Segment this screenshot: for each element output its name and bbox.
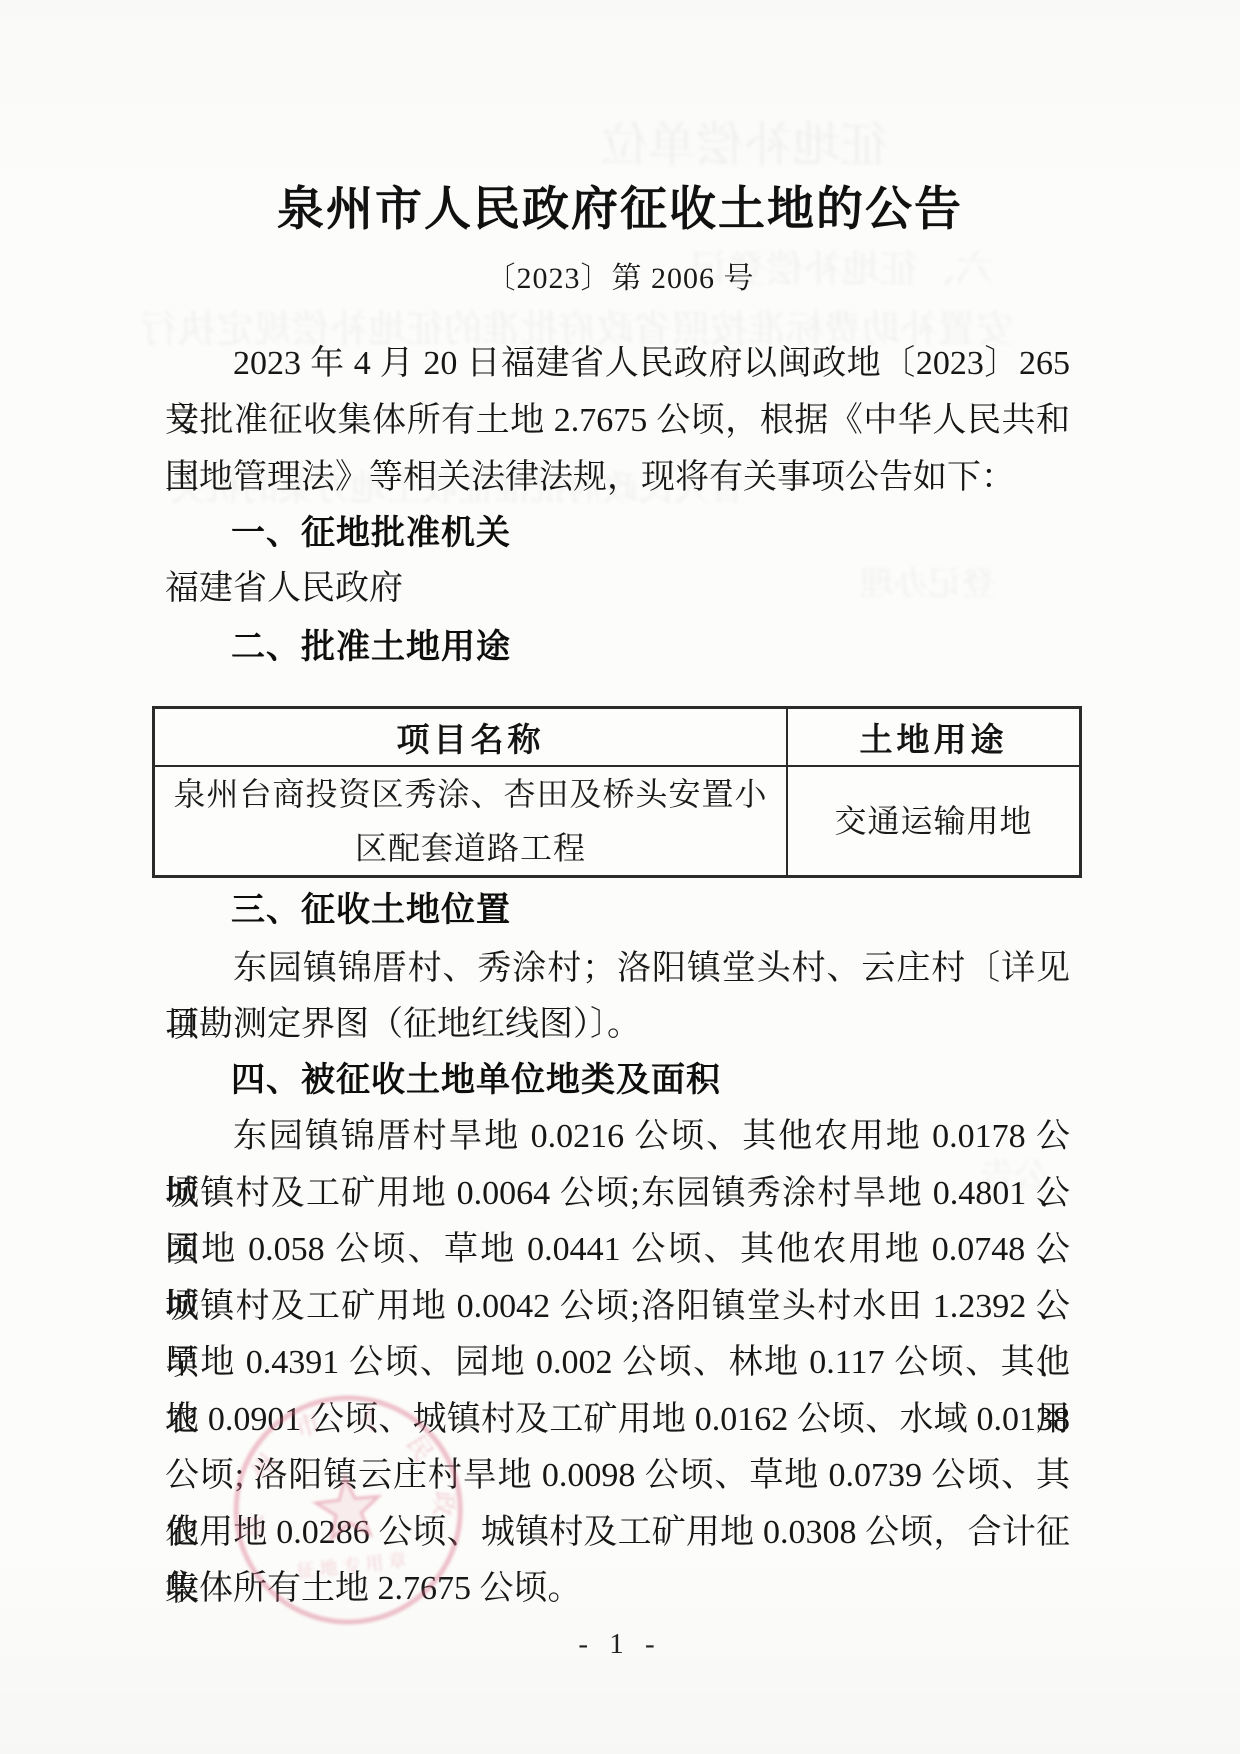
intro-line: 文批准征收集体所有土地 2.7675 公顷，根据《中华人民共和国 — [165, 392, 1070, 449]
land-area-line: 东园镇锦厝村旱地 0.0216 公顷、其他农用地 0.0178 公顷、 — [165, 1108, 1070, 1165]
land-use-table: 项目名称 土地用途 泉州台商投资区秀涂、杏田及桥头安置小 区配套道路工程 交通运… — [152, 706, 1082, 878]
document-number: 〔2023〕第 2006 号 — [0, 253, 1240, 297]
column-header-land-use: 土地用途 — [788, 709, 1079, 765]
land-area-line: 农用地 0.0286 公顷、城镇村及工矿用地 0.0308 公顷，合计征收 — [165, 1504, 1070, 1561]
land-area-line: 园地 0.058 公顷、草地 0.0441 公顷、其他农用地 0.0748 公顷… — [165, 1221, 1070, 1278]
land-area-line: 地 0.0901 公顷、城镇村及工矿用地 0.0162 公顷、水域 0.0138 — [165, 1391, 1070, 1448]
land-area-line: 旱地 0.4391 公顷、园地 0.002 公顷、林地 0.117 公顷、其他农… — [165, 1334, 1070, 1391]
approval-authority-text: 福建省人民政府 — [165, 560, 1070, 617]
location-line: 目勘测定界图（征地红线图）〕。 — [165, 996, 1070, 1053]
table-header-row: 项目名称 土地用途 — [155, 709, 1079, 767]
land-area-line: 公顷; 洛阳镇云庄村旱地 0.0098 公顷、草地 0.0739 公顷、其他 — [165, 1447, 1070, 1504]
section-heading-land-area: 四、被征收土地单位地类及面积 — [231, 1052, 721, 1109]
land-area-line: 城镇村及工矿用地 0.0042 公顷;洛阳镇堂头村水田 1.2392 公顷、 — [165, 1278, 1070, 1335]
section-heading-land-use: 二、批准土地用途 — [231, 619, 511, 676]
intro-line: 2023 年 4 月 20 日福建省人民政府以闽政地〔2023〕265 号 — [165, 335, 1070, 392]
intro-line: 土地管理法》等相关法律法规，现将有关事项公告如下： — [165, 449, 1070, 506]
land-area-line: 城镇村及工矿用地 0.0064 公顷;东园镇秀涂村旱地 0.4801 公顷、 — [165, 1165, 1070, 1222]
section-heading-approval-authority: 一、征地批准机关 — [231, 505, 511, 562]
scanned-announcement-page: 征地补偿单位 六、征地补偿登记 安置补助费标准按照省政府批准的征地补偿规定执行 … — [0, 0, 1240, 1754]
column-header-project-name: 项目名称 — [155, 709, 788, 765]
bleedthrough-text: 征地补偿单位 — [600, 106, 888, 175]
cell-project-name: 泉州台商投资区秀涂、杏田及桥头安置小 区配套道路工程 — [155, 767, 788, 875]
land-area-line: 集体所有土地 2.7675 公顷。 — [165, 1560, 1070, 1617]
document-title: 泉州市人民政府征收土地的公告 — [0, 172, 1240, 239]
section-heading-land-location: 三、征收土地位置 — [231, 882, 511, 939]
cell-land-use: 交通运输用地 — [788, 767, 1079, 875]
page-number: - 1 - — [0, 1628, 1240, 1661]
location-line: 东园镇锦厝村、秀涂村；洛阳镇堂头村、云庄村〔详见项 — [165, 940, 1070, 997]
table-row: 泉州台商投资区秀涂、杏田及桥头安置小 区配套道路工程 交通运输用地 — [155, 767, 1079, 875]
